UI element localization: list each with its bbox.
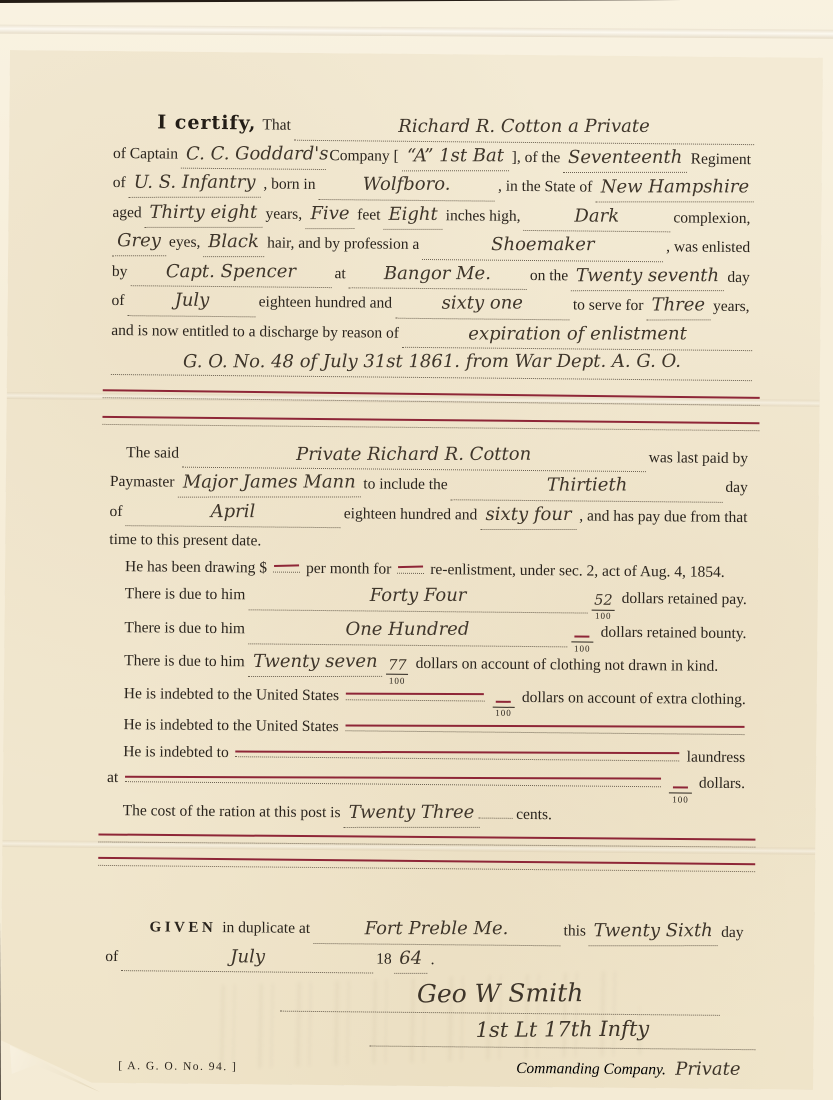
hair-value: Black	[203, 228, 264, 257]
given-month-value: July	[225, 943, 270, 971]
certify-line-9: G. O. No. 48 of July 31st 1861. from War…	[111, 345, 752, 381]
enlist-place-blank: Bangor Me.	[349, 259, 527, 290]
day-label: day	[727, 263, 750, 291]
given-year-value: 64	[395, 945, 428, 974]
given-month-blank: July	[121, 942, 373, 974]
drawing-label-2: per month for	[306, 555, 391, 582]
enlist-place-value: Bangor Me.	[379, 260, 496, 288]
paid-month-value: April	[206, 498, 261, 526]
extra-clothing-fraction: 100	[492, 700, 515, 718]
of-label: of	[113, 169, 126, 197]
inches-value: Eight	[383, 200, 442, 229]
drawing-label-1: He has been drawing $	[125, 554, 267, 582]
profession-value: Shoemaker	[486, 231, 599, 259]
crossed-cents-mark	[673, 787, 688, 790]
ration-line: The cost of the ration at this post is T…	[107, 797, 748, 831]
paid-day-value: Thirtieth	[541, 472, 631, 500]
enlisting-officer-value: Capt. Spencer	[161, 258, 301, 286]
enlist-day-value: Twenty seventh	[571, 262, 724, 291]
dollars-fraction: 100	[669, 787, 692, 805]
dues-section: He has been drawing $ per month for re-e…	[107, 553, 751, 830]
company-value: “A” 1st Bat	[402, 142, 509, 171]
born-in-label: , born in	[263, 170, 315, 198]
signature-block: Geo W Smith 1st Lt 17th Infty	[279, 977, 720, 1050]
certify-line-7: of July eighteen hundred and sixty one t…	[111, 286, 752, 322]
clothing-value: Twenty seven	[248, 648, 382, 676]
feet-value: Five	[305, 200, 354, 229]
certify-heading: I certify,	[157, 109, 256, 137]
age-value: Thirty eight	[145, 198, 263, 227]
commanding-company-group: Commanding Company. Private	[516, 1057, 745, 1080]
state-value: New Hampshire	[595, 173, 753, 202]
crossed-out-blank	[346, 718, 745, 735]
pay-due-tail-label: , and has pay due from that	[579, 502, 748, 531]
state-label: , in the State of	[498, 173, 593, 201]
soldier-name-value: Richard R. Cotton a Private	[393, 113, 655, 141]
hair-label: hair, and by profession a	[267, 229, 419, 258]
retained-pay-blank: Forty Four	[248, 581, 588, 613]
given-word: GIVEN	[149, 915, 216, 943]
at-label: at	[107, 765, 118, 792]
of-captain-label: of Captain	[113, 139, 178, 167]
eyes-value: Grey	[112, 227, 166, 256]
document-sheet: I certify, That Richard R. Cotton a Priv…	[0, 50, 823, 1090]
form-content: I certify, That Richard R. Cotton a Priv…	[0, 50, 823, 1090]
signature-name-value: Geo W Smith	[412, 978, 589, 1009]
given-day-label: day	[721, 919, 744, 947]
of-month-label: of	[111, 287, 124, 315]
retained-pay-cents-value: 52	[594, 594, 613, 609]
due-him-label: There is due to him	[125, 581, 246, 609]
eyes-label: eyes,	[169, 229, 201, 257]
form-number-label: [ A. G. O. No. 94. ]	[104, 1060, 237, 1073]
drawing-label-3: re-enlistment, under sec. 2, act of Aug.…	[430, 557, 725, 586]
bounty-fraction: 100	[571, 636, 594, 654]
enlist-year-blank: sixty one	[395, 289, 570, 320]
company-label: Company [	[329, 142, 399, 170]
include-label: to include the	[363, 470, 448, 498]
aged-label: aged	[112, 198, 142, 226]
year-prefix-label: 18	[376, 945, 392, 973]
clothing-cents-value: 77	[388, 658, 407, 673]
line-spacer	[437, 964, 746, 967]
ruled-blank-section-1	[110, 389, 751, 430]
said-label: The said	[126, 439, 179, 467]
signature-line: Geo W Smith	[280, 977, 720, 1016]
captain-name-value: C. C. Goddard's	[181, 140, 333, 168]
extra-clothing-label: dollars on account of extra clothing.	[522, 685, 746, 714]
said-name-value: Private Richard R. Cotton	[291, 440, 536, 468]
cents-label: cents.	[516, 802, 552, 829]
at-label: at	[334, 260, 345, 288]
indebted-us-label: He is indebted to the United States	[124, 681, 339, 710]
discharge-order-value: G. O. No. 48 of July 31st 1861. from War…	[178, 348, 686, 376]
retained-pay-fraction: 52100	[592, 594, 615, 621]
per-100-label: 100	[669, 793, 692, 805]
that-label: That	[262, 111, 291, 139]
birthplace-blank: Wolfboro.	[318, 170, 495, 201]
birthplace-value: Wolfboro.	[358, 171, 456, 199]
said-name-blank: Private Richard R. Cotton	[182, 438, 646, 472]
red-rule	[98, 834, 755, 848]
signature-rank-line: 1st Lt 17th Infty	[369, 1013, 755, 1051]
red-rule	[103, 389, 760, 406]
per-100-label: 100	[386, 674, 409, 686]
given-label: in duplicate at	[222, 914, 310, 942]
given-line-2: of July 18 64 .	[105, 942, 746, 978]
paid-day-blank: Thirtieth	[451, 470, 723, 502]
crossed-months-blank	[397, 562, 424, 573]
crossed-cents-mark	[575, 636, 590, 639]
complexion-value: Dark	[570, 202, 625, 230]
soldier-name-blank: Richard R. Cotton a Private	[294, 111, 755, 145]
enlist-month-value: July	[169, 287, 214, 315]
crossed-out-blank	[125, 769, 661, 787]
discharge-reason-value: expiration of enlistment	[463, 320, 692, 348]
laundress-label: laundress	[687, 744, 746, 771]
bounty-blank: One Hundred	[248, 615, 567, 647]
crossed-dollar-blank	[273, 561, 300, 572]
last-paid-label: was last paid by	[649, 444, 749, 472]
ruled-blank-section-2	[106, 833, 747, 872]
signature-rank-value: 1st Lt 17th Infty	[471, 1014, 655, 1045]
given-day-value: Twenty Sixth	[589, 918, 718, 947]
commanding-note-value: Private	[670, 1059, 745, 1080]
inches-label: inches high,	[446, 202, 521, 230]
enlisting-officer-blank: Capt. Spencer	[130, 257, 331, 288]
red-rule	[98, 857, 755, 872]
paymaster-label: Paymaster	[110, 468, 175, 496]
pay-day-label: day	[725, 474, 748, 502]
of-the-label: ], of the	[512, 143, 561, 171]
dollars-label: dollars.	[699, 771, 745, 798]
per-100-label: 100	[592, 609, 615, 621]
pay-of-label: of	[109, 497, 122, 525]
red-rule	[102, 415, 759, 430]
years2-label: years,	[713, 293, 750, 321]
retained-pay-label: dollars retained pay.	[622, 586, 747, 614]
indebted-label: He is indebted to	[123, 739, 229, 767]
this-label: this	[563, 918, 586, 946]
ration-dotted-leader	[479, 817, 513, 818]
backing-fold-crease	[0, 25, 833, 39]
footer-row: [ A. G. O. No. 94. ] Commanding Company.…	[104, 1053, 745, 1080]
paid-year-value: sixty four	[480, 500, 576, 529]
complexion-label: complexion,	[673, 204, 750, 232]
serve-years-value: Three	[646, 291, 710, 320]
on-the-label: on the	[530, 262, 569, 290]
clothing-label: dollars on account of clothing not drawn…	[415, 651, 718, 680]
pay-due-tail2-label: time to this present date.	[109, 526, 261, 555]
bounty-label: dollars retained bounty.	[601, 620, 747, 648]
indebted-us-label: He is indebted to the United States	[123, 712, 338, 741]
branch-value: U. S. Infantry	[129, 169, 261, 198]
by-label: by	[112, 257, 128, 285]
enlisted-label: , was enlisted	[666, 233, 750, 261]
enlist-month-blank: July	[127, 286, 255, 317]
enlist-year-value: sixty one	[437, 290, 528, 318]
bounty-value: One Hundred	[341, 617, 475, 644]
given-place-blank: Fort Preble Me.	[313, 914, 561, 946]
crossed-cents-mark	[496, 700, 511, 703]
complexion-blank: Dark	[523, 201, 670, 232]
paymaster-name-value: Major James Mann	[177, 468, 360, 497]
serve-label: to serve for	[573, 291, 644, 319]
per-100-label: 100	[492, 706, 515, 718]
eighteen-hundred-label: eighteen hundred and	[259, 288, 393, 317]
crossed-out-blank	[346, 687, 485, 701]
ration-value: Twenty Three	[344, 800, 480, 828]
regiment-value: Seventeenth	[563, 143, 687, 172]
discharge-label: and is now entitled to a discharge by re…	[111, 316, 399, 346]
discharge-reason-blank: expiration of enlistment	[402, 318, 753, 351]
discharge-order-blank: G. O. No. 48 of July 31st 1861. from War…	[111, 345, 752, 381]
commanding-company-label: Commanding Company.	[516, 1060, 666, 1078]
given-section: GIVEN in duplicate at Fort Preble Me. th…	[104, 912, 747, 1080]
profession-blank: Shoemaker	[422, 230, 663, 262]
due-him-label: There is due to him	[124, 615, 245, 643]
due-him-label: There is due to him	[124, 648, 245, 676]
paid-month-blank: April	[125, 497, 341, 529]
retained-pay-value: Forty Four	[365, 583, 472, 610]
period-label: .	[430, 946, 434, 974]
captain-name-blank: C. C. Goddard's	[181, 139, 327, 170]
clothing-fraction: 77100	[386, 658, 409, 685]
given-place-value: Fort Preble Me.	[360, 915, 514, 943]
ration-label: The cost of the ration at this post is	[123, 798, 341, 827]
crossed-out-blank	[236, 744, 680, 761]
given-of-label: of	[105, 943, 118, 971]
pay-eighteen-label: eighteen hundred and	[344, 500, 478, 529]
per-100-label: 100	[571, 642, 594, 654]
feet-label: feet	[357, 201, 380, 229]
years-label: years,	[265, 200, 302, 228]
regiment-label: Regiment	[691, 145, 752, 173]
line-spacer	[555, 819, 748, 821]
